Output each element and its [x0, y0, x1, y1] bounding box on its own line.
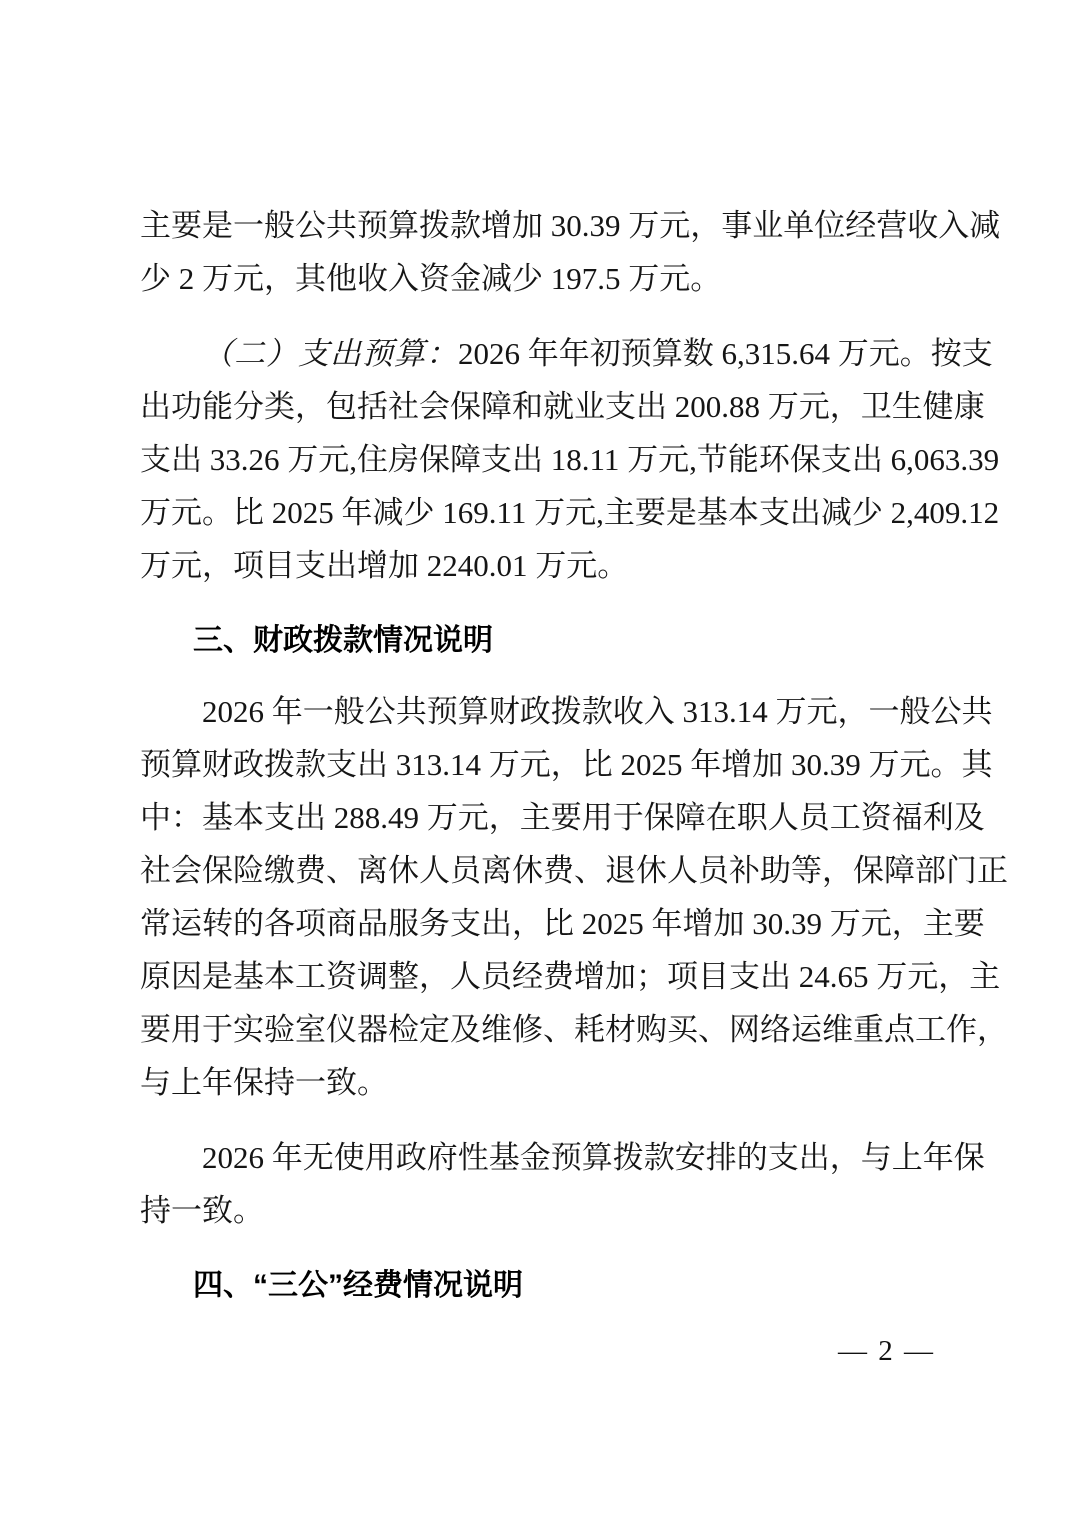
document-page: 主要是一般公共预算拨款增加 30.39 万元，事业单位经营收入减少 2 万元，其…	[0, 0, 1074, 1520]
text-line: 要用于实验室仪器检定及维修、耗材购买、网络运维重点工作，	[140, 1003, 935, 1056]
text-line: 少 2 万元，其他收入资金减少 197.5 万元。	[140, 252, 935, 305]
body-text: 少 2 万元，其他收入资金减少 197.5 万元。	[140, 261, 721, 296]
section-heading: 四、“三公”经费情况说明	[140, 1259, 935, 1312]
text-line: 预算财政拨款支出 313.14 万元，比 2025 年增加 30.39 万元。其	[140, 738, 935, 791]
text-line: 持一致。	[140, 1184, 935, 1237]
text-line: 社会保险缴费、离休人员离休费、退休人员补助等，保障部门正	[140, 844, 935, 897]
body-text: 社会保险缴费、离休人员离休费、退休人员补助等，保障部门正	[140, 853, 1008, 888]
emphasis-kai-text: （二）支出预算：	[202, 336, 458, 371]
body-text: 2026 年一般公共预算财政拨款收入 313.14 万元，一般公共	[202, 694, 993, 729]
body-text: 持一致。	[140, 1193, 264, 1228]
text-line: 出功能分类，包括社会保障和就业支出 200.88 万元，卫生健康	[140, 380, 935, 433]
text-line: 支出 33.26 万元,住房保障支出 18.11 万元,节能环保支出 6,063…	[140, 433, 935, 486]
body-text: 万元。比 2025 年减少 169.11 万元,主要是基本支出减少 2,409.…	[140, 495, 999, 530]
body-text: 原因是基本工资调整，人员经费增加；项目支出 24.65 万元，主	[140, 959, 1000, 994]
body-text: 2026 年无使用政府性基金预算拨款安排的支出，与上年保	[202, 1140, 985, 1175]
text-line: （二）支出预算：2026 年年初预算数 6,315.64 万元。按支	[140, 327, 935, 380]
body-text: 要用于实验室仪器检定及维修、耗材购买、网络运维重点工作，	[140, 1012, 1008, 1047]
body-text: 2026 年年初预算数 6,315.64 万元。按支	[458, 336, 993, 371]
section-heading: 三、财政拨款情况说明	[140, 614, 935, 667]
document-content: 主要是一般公共预算拨款增加 30.39 万元，事业单位经营收入减少 2 万元，其…	[140, 199, 935, 1330]
body-text: 出功能分类，包括社会保障和就业支出 200.88 万元，卫生健康	[140, 389, 985, 424]
body-text: 中：基本支出 288.49 万元，主要用于保障在职人员工资福利及	[140, 800, 985, 835]
paragraph: （二）支出预算：2026 年年初预算数 6,315.64 万元。按支出功能分类，…	[140, 327, 935, 592]
text-line: 万元。比 2025 年减少 169.11 万元,主要是基本支出减少 2,409.…	[140, 486, 935, 539]
body-text: 万元，项目支出增加 2240.01 万元。	[140, 548, 628, 583]
paragraph: 主要是一般公共预算拨款增加 30.39 万元，事业单位经营收入减少 2 万元，其…	[140, 199, 935, 305]
paragraph: 2026 年无使用政府性基金预算拨款安排的支出，与上年保持一致。	[140, 1131, 935, 1237]
text-line: 中：基本支出 288.49 万元，主要用于保障在职人员工资福利及	[140, 791, 935, 844]
body-text: 与上年保持一致。	[140, 1065, 388, 1100]
text-line: 万元，项目支出增加 2240.01 万元。	[140, 539, 935, 592]
body-text: 支出 33.26 万元,住房保障支出 18.11 万元,节能环保支出 6,063…	[140, 442, 999, 477]
text-line: 2026 年一般公共预算财政拨款收入 313.14 万元，一般公共	[140, 685, 935, 738]
text-line: 常运转的各项商品服务支出，比 2025 年增加 30.39 万元，主要	[140, 897, 935, 950]
body-text: 主要是一般公共预算拨款增加 30.39 万元，事业单位经营收入减	[140, 208, 1000, 243]
page-number: — 2 —	[838, 1334, 935, 1368]
text-line: 2026 年无使用政府性基金预算拨款安排的支出，与上年保	[140, 1131, 935, 1184]
text-line: 与上年保持一致。	[140, 1056, 935, 1109]
body-text: 常运转的各项商品服务支出，比 2025 年增加 30.39 万元，主要	[140, 906, 985, 941]
text-line: 原因是基本工资调整，人员经费增加；项目支出 24.65 万元，主	[140, 950, 935, 1003]
body-text: 预算财政拨款支出 313.14 万元，比 2025 年增加 30.39 万元。其	[140, 747, 993, 782]
paragraph: 2026 年一般公共预算财政拨款收入 313.14 万元，一般公共预算财政拨款支…	[140, 685, 935, 1109]
text-line: 主要是一般公共预算拨款增加 30.39 万元，事业单位经营收入减	[140, 199, 935, 252]
